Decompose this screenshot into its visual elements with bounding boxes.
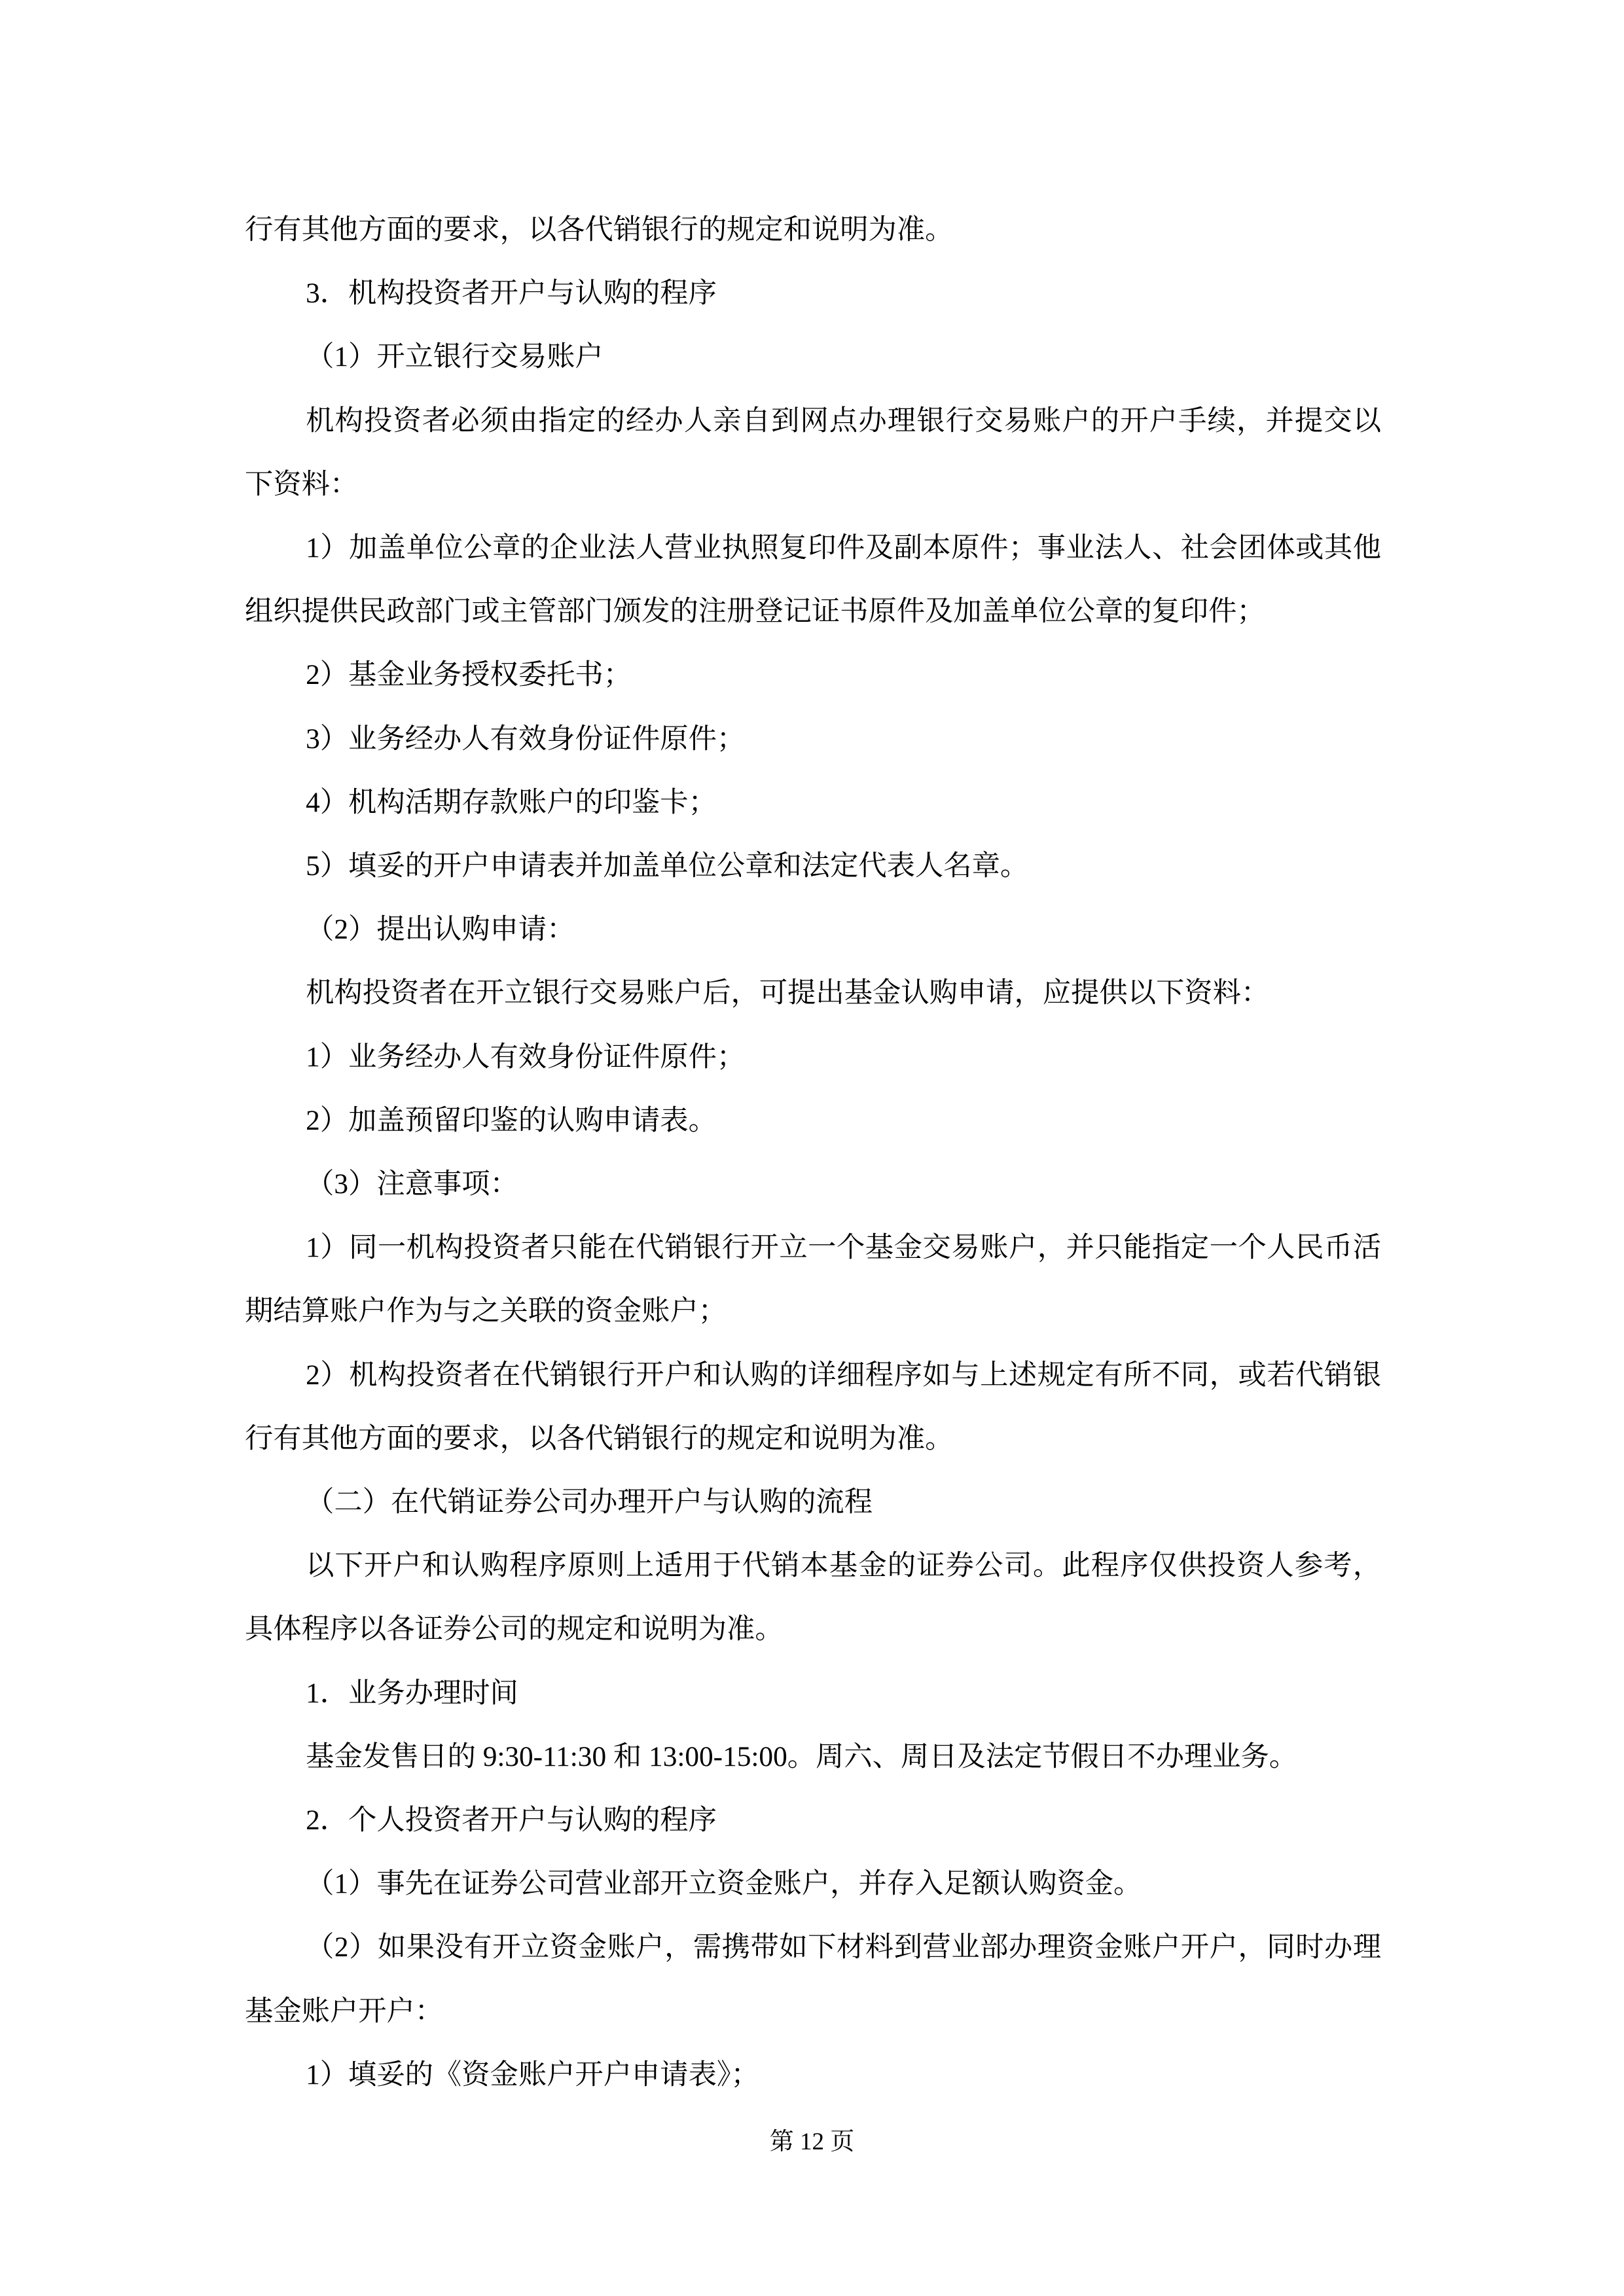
heading-individual-investor-procedure: 2．个人投资者开户与认购的程序 bbox=[245, 1789, 1381, 1852]
para-no-capital-account-materials: （2）如果没有开立资金账户，需携带如下材料到营业部办理资金账户开户，同时办理基金… bbox=[245, 1916, 1381, 2043]
page-number: 第 12 页 bbox=[770, 2128, 855, 2155]
item-open-capital-account-first: （1）事先在证券公司营业部开立资金账户，并存入足额认购资金。 bbox=[245, 1852, 1381, 1916]
item-subscription-form-with-seal: 2）加盖预留印鉴的认购申请表。 bbox=[245, 1089, 1381, 1153]
para-securities-company-intro: 以下开户和认购程序原则上适用于代销本基金的证券公司。此程序仅供投资人参考，具体程… bbox=[245, 1534, 1381, 1661]
para-institutional-account-opening: 机构投资者必须由指定的经办人亲自到网点办理银行交易账户的开户手续，并提交以下资料… bbox=[245, 389, 1381, 516]
para-continuation-agent-bank-rules: 行有其他方面的要求，以各代销银行的规定和说明为准。 bbox=[245, 198, 1381, 262]
body-text: 行有其他方面的要求，以各代销银行的规定和说明为准。 3．机构投资者开户与认购的程… bbox=[245, 198, 1381, 2107]
item-capital-account-application-form: 1）填妥的《资金账户开户申请表》； bbox=[245, 2043, 1381, 2107]
item-business-license: 1）加盖单位公章的企业法人营业执照复印件及副本原件；事业法人、社会团体或其他组织… bbox=[245, 516, 1381, 643]
item-agent-id-original-2: 1）业务经办人有效身份证件原件； bbox=[245, 1026, 1381, 1089]
item-seal-card: 4）机构活期存款账户的印鉴卡； bbox=[245, 771, 1381, 834]
item-account-application-form: 5）填妥的开户申请表并加盖单位公章和法定代表人名章。 bbox=[245, 834, 1381, 898]
item-agent-id-original: 3）业务经办人有效身份证件原件； bbox=[245, 708, 1381, 771]
page-footer: 第 12 页 bbox=[0, 2119, 1624, 2165]
heading-subscription-application: （2）提出认购申请： bbox=[245, 898, 1381, 961]
heading-securities-company-process: （二）在代销证券公司办理开户与认购的流程 bbox=[245, 1471, 1381, 1534]
item-note-bank-rules-prevail: 2）机构投资者在代销银行开户和认购的详细程序如与上述规定有所不同，或若代销银行有… bbox=[245, 1344, 1381, 1471]
heading-notes: （3）注意事项： bbox=[245, 1153, 1381, 1216]
heading-business-hours: 1．业务办理时间 bbox=[245, 1662, 1381, 1725]
item-note-single-account: 1）同一机构投资者只能在代销银行开立一个基金交易账户，并只能指定一个人民币活期结… bbox=[245, 1216, 1381, 1343]
heading-open-bank-trading-account: （1）开立银行交易账户 bbox=[245, 325, 1381, 389]
heading-institutional-investor-procedure: 3．机构投资者开户与认购的程序 bbox=[245, 262, 1381, 325]
para-subscription-materials: 机构投资者在开立银行交易账户后，可提出基金认购申请，应提供以下资料： bbox=[245, 961, 1381, 1025]
para-business-hours-detail: 基金发售日的 9:30-11:30 和 13:00-15:00。周六、周日及法定… bbox=[245, 1725, 1381, 1789]
document-page: 行有其他方面的要求，以各代销银行的规定和说明为准。 3．机构投资者开户与认购的程… bbox=[0, 0, 1624, 2296]
item-fund-authorization-letter: 2）基金业务授权委托书； bbox=[245, 643, 1381, 707]
